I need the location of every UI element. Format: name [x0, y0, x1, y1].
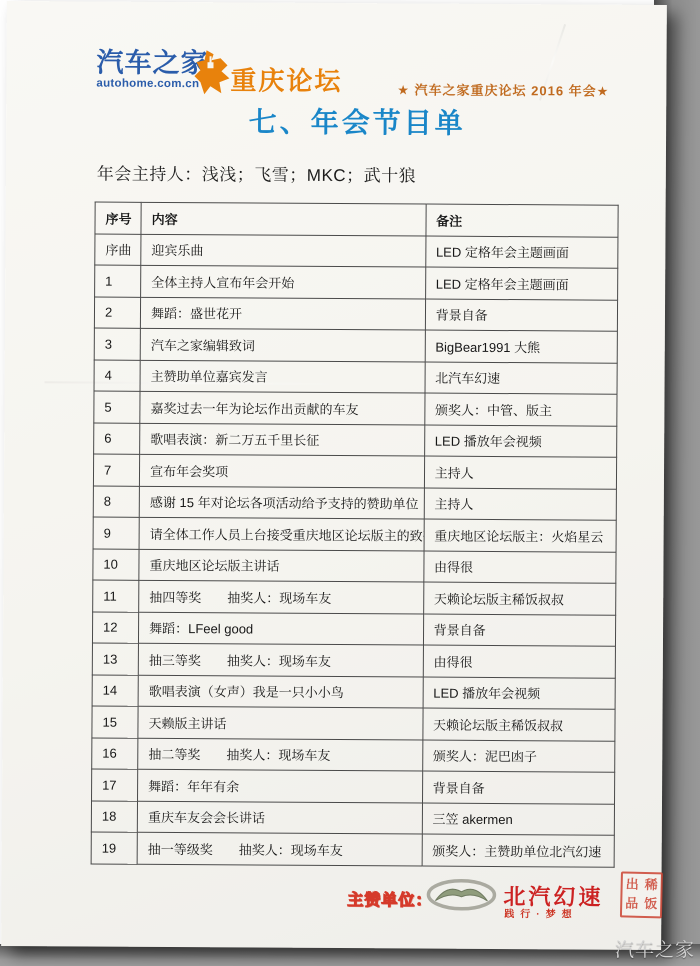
cell-remark: LED 播放年会视频 — [424, 425, 617, 458]
cell-no: 11 — [93, 580, 139, 612]
cell-remark: LED 定格年会主题画面 — [425, 267, 618, 300]
seal: 稀饭出品 — [620, 871, 663, 918]
table-row: 4主赞助单位嘉宾发言北汽车幻速 — [94, 360, 617, 395]
table-row: 11抽四等奖 抽奖人：现场车友天赖论坛版主稀饭叔叔 — [93, 580, 616, 615]
table-row: 10重庆地区论坛版主讲话由得很 — [93, 549, 616, 584]
page-title: 七、年会节目单 — [95, 100, 619, 143]
seal-char: 稀 — [644, 878, 657, 894]
table-row: 16抽二等奖 抽奖人：现场车友颁奖人：泥巴凼子 — [92, 738, 615, 773]
cell-no: 5 — [94, 391, 140, 423]
cell-content: 歌唱表演：新二万五千里长征 — [140, 423, 425, 456]
cell-content: 汽车之家编辑致词 — [140, 328, 425, 361]
table-row: 14歌唱表演（女声）我是一只小小鸟LED 播放年会视频 — [92, 675, 615, 710]
sponsor-slogan: 践行·梦想 — [504, 905, 577, 920]
cell-no: 9 — [93, 517, 139, 549]
table-row: 7宣布年会奖项主持人 — [93, 454, 616, 489]
column-header-remark: 备注 — [426, 204, 619, 237]
cell-remark: BigBear1991 大熊 — [425, 330, 618, 363]
cell-content: 舞蹈：年年有余 — [138, 769, 423, 802]
cell-no: 1 — [95, 265, 141, 297]
cell-content: 重庆地区论坛版主讲话 — [139, 549, 424, 582]
cell-no: 15 — [92, 706, 138, 738]
table-row: 19抽一等级奖 抽奖人：现场车友颁奖人：主赞助单位北汽幻速 — [91, 832, 614, 867]
table-row: 12舞蹈：LFeel good背景自备 — [92, 612, 615, 647]
table-row: 5嘉奖过去一年为论坛作出贡献的车友颁奖人：中管、版主 — [94, 391, 617, 426]
event-line: ★ 汽车之家重庆论坛 2016 年会★ — [95, 78, 609, 100]
cell-remark: 颁奖人：中管、版主 — [424, 393, 617, 426]
sponsor-label: 主赞单位： — [347, 887, 432, 911]
cell-no: 3 — [94, 328, 140, 360]
table-row: 17舞蹈：年年有余背景自备 — [92, 769, 615, 804]
cell-remark: 天赖论坛版主稀饭叔叔 — [422, 708, 615, 741]
cell-content: 舞蹈：盛世花开 — [140, 297, 425, 330]
cell-remark: LED 定格年会主题画面 — [425, 236, 618, 269]
cell-remark: 由得很 — [423, 645, 616, 678]
hosts-line: 年会主持人：浅浅；飞雪；MKC；武十狼 — [97, 160, 416, 187]
cell-content: 主赞助单位嘉宾发言 — [140, 360, 425, 393]
cell-remark: 背景自备 — [425, 299, 618, 332]
seal-column: 出品 — [625, 876, 639, 914]
cell-remark: 颁奖人：泥巴凼子 — [422, 740, 615, 773]
table-row: 15天赖版主讲话天赖论坛版主稀饭叔叔 — [92, 706, 615, 741]
cell-content: 歌唱表演（女声）我是一只小小鸟 — [138, 675, 423, 708]
cell-content: 宣布年会奖项 — [140, 454, 425, 487]
cell-no: 14 — [92, 675, 138, 707]
baic-emblem-icon — [425, 878, 497, 917]
cell-no: 序曲 — [95, 234, 141, 266]
cell-no: 13 — [92, 643, 138, 675]
column-header-content: 内容 — [141, 202, 426, 235]
table-row: 9请全体工作人员上台接受重庆地区论坛版主的致敬重庆地区论坛版主：火焰星云 — [93, 517, 616, 552]
cell-no: 18 — [91, 801, 137, 833]
cell-no: 19 — [91, 832, 137, 864]
cell-remark: 颁奖人：主赞助单位北汽幻速 — [422, 834, 615, 867]
cell-no: 16 — [92, 738, 138, 770]
table-row: 1全体主持人宣布年会开始LED 定格年会主题画面 — [95, 265, 618, 300]
table-row: 3汽车之家编辑致词BigBear1991 大熊 — [94, 328, 617, 363]
cell-remark: LED 播放年会视频 — [423, 677, 616, 710]
cell-content: 感谢 15 年对论坛各项活动给予支持的赞助单位 — [139, 486, 424, 519]
cell-content: 抽四等奖 抽奖人：现场车友 — [139, 580, 424, 613]
cell-no: 8 — [93, 486, 139, 518]
seal-column: 稀饭 — [644, 876, 658, 914]
cell-content: 嘉奖过去一年为论坛作出贡献的车友 — [140, 391, 425, 424]
cell-no: 12 — [92, 612, 138, 644]
cell-remark: 重庆地区论坛版主：火焰星云 — [424, 519, 617, 552]
cell-remark: 由得很 — [423, 551, 616, 584]
cell-remark: 天赖论坛版主稀饭叔叔 — [423, 582, 616, 615]
cell-content: 抽二等奖 抽奖人：现场车友 — [138, 738, 423, 771]
cell-content: 抽三等奖 抽奖人：现场车友 — [138, 643, 423, 676]
cell-no: 10 — [93, 549, 139, 581]
column-header-no: 序号 — [95, 202, 141, 234]
table-row: 6歌唱表演：新二万五千里长征LED 播放年会视频 — [94, 423, 617, 458]
cell-remark: 主持人 — [424, 456, 617, 489]
table-row: 13抽三等奖 抽奖人：现场车友由得很 — [92, 643, 615, 678]
cell-no: 4 — [94, 360, 140, 392]
cell-no: 17 — [92, 769, 138, 801]
cell-remark: 北汽车幻速 — [425, 362, 618, 395]
table-header-row: 序号 内容 备注 — [95, 202, 618, 237]
cell-no: 2 — [94, 297, 140, 329]
seal-char: 品 — [625, 896, 638, 912]
cell-content: 天赖版主讲话 — [138, 706, 423, 739]
cell-content: 舞蹈：LFeel good — [139, 612, 424, 645]
cell-remark: 主持人 — [424, 488, 617, 521]
cell-content: 全体主持人宣布年会开始 — [141, 265, 426, 298]
cell-no: 6 — [94, 423, 140, 455]
program-table-body: 序曲迎宾乐曲LED 定格年会主题画面1全体主持人宣布年会开始LED 定格年会主题… — [91, 234, 618, 867]
table-row: 2舞蹈：盛世花开背景自备 — [94, 297, 617, 332]
table-row: 序曲迎宾乐曲LED 定格年会主题画面 — [95, 234, 618, 269]
cell-remark: 背景自备 — [422, 771, 615, 804]
cell-content: 抽一等级奖 抽奖人：现场车友 — [137, 832, 422, 865]
cell-content: 重庆车友会会长讲话 — [137, 801, 422, 834]
table-row: 8感谢 15 年对论坛各项活动给予支持的赞助单位主持人 — [93, 486, 616, 521]
cell-remark: 背景自备 — [423, 614, 616, 647]
seal-char: 饭 — [644, 897, 657, 913]
cell-no: 7 — [93, 454, 139, 486]
cell-remark: 三笠 akermen — [422, 803, 615, 836]
table-row: 18重庆车友会会长讲话三笠 akermen — [91, 801, 614, 836]
document-page: 汽车之家 autohome.com.cn 重庆论坛 ★ 汽车之家重庆论坛 201… — [1, 1, 667, 950]
program-table: 序号 内容 备注 序曲迎宾乐曲LED 定格年会主题画面1全体主持人宣布年会开始L… — [91, 202, 619, 868]
cell-content: 请全体工作人员上台接受重庆地区论坛版主的致敬 — [139, 517, 424, 550]
cell-content: 迎宾乐曲 — [141, 234, 426, 267]
seal-char: 出 — [625, 877, 638, 893]
site-watermark: 汽车之家 — [615, 935, 695, 962]
